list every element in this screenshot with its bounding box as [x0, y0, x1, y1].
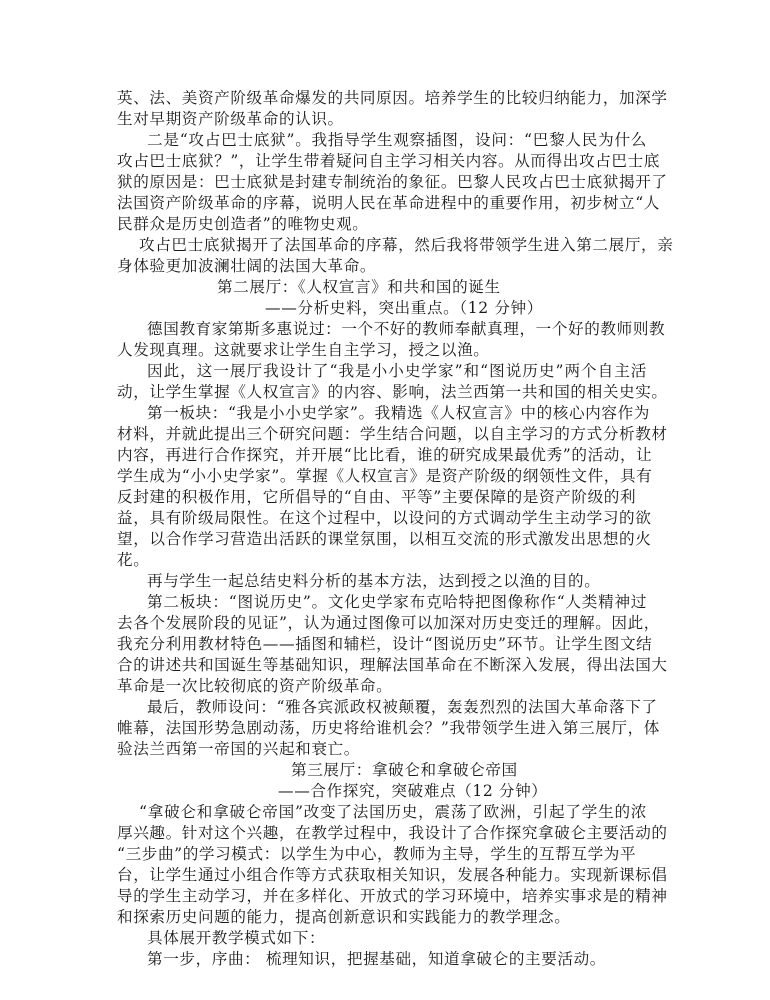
- text-line: 反封建的积极作用，它所倡导的“自由、平等”主要保障的是资产阶级的利: [117, 487, 647, 508]
- hall2-subheading: ——分析史料，突出重点。（12 分钟）: [265, 298, 543, 319]
- text-line: “三步曲”的学习模式：以学生为中心，教师为主导，学生的互帮互学为平: [117, 844, 647, 865]
- text-line: 英、法、美资产阶级革命爆发的共同原因。培养学生的比较归纳能力，加深学: [117, 88, 647, 109]
- hall3-heading: 第三展厅：拿破仑和拿破仑帝国: [291, 760, 518, 781]
- hall2-heading: 第二展厅：《人权宣言》和共和国的诞生: [217, 277, 501, 298]
- text-line: 狱的原因是：巴士底狱是封建专制统治的象征。巴黎人民攻占巴士底狱揭开了: [117, 172, 647, 193]
- text-line: 学生成为“小小史学家”。掌握《人权宣言》是资产阶级的纲领性文件，具有: [117, 466, 647, 487]
- text-line: 望，以合作学习营造出活跃的课堂氛围，以相互交流的形式激发出思想的火: [117, 529, 647, 550]
- text-line: 二是“攻占巴士底狱”。我指导学生观察插图，设问：“巴黎人民为什么: [147, 130, 647, 151]
- text-line: 厚兴趣。针对这个兴趣，在教学过程中，我设计了合作探究拿破仑主要活动的: [117, 823, 647, 844]
- text-line: 内容，再进行合作探究，并开展“比比看，谁的研究成果最优秀”的活动，让: [117, 445, 647, 466]
- text-line: 动，让学生掌握《人权宣言》的内容、影响，法兰西第一共和国的相关史实。: [117, 382, 647, 403]
- text-line: 革命是一次比较彻底的资产阶级革命。: [117, 676, 647, 697]
- text-line: 人发现真理。这就要求让学生自主学习，授之以渔。: [117, 340, 647, 361]
- text-line: 再与学生一起总结史料分析的基本方法，达到授之以渔的目的。: [147, 571, 647, 592]
- text-line: 花。: [117, 550, 647, 571]
- text-line: 攻占巴士底狱揭开了法国革命的序幕，然后我将带领学生进入第二展厅，亲: [139, 235, 647, 256]
- document-page: 英、法、美资产阶级革命爆发的共同原因。培养学生的比较归纳能力，加深学生对早期资产…: [0, 0, 770, 1000]
- text-line: 第一板块：“我是小小史学家”。我精选《人权宣言》中的核心内容作为: [147, 403, 647, 424]
- text-line: “拿破仑和拿破仑帝国”改变了法国历史，震荡了欧洲，引起了学生的浓: [139, 802, 647, 823]
- text-line: 导的学生主动学习，并在多样化、开放式的学习环境中，培养实事求是的精神: [117, 886, 647, 907]
- hall3-subheading: ——合作探究，突破难点（12 分钟）: [278, 781, 548, 802]
- text-line: 材料，并就此提出三个研究问题：学生结合问题，以自主学习的方式分析教材: [117, 424, 647, 445]
- text-line: 台，让学生通过小组合作等方式获取相关知识，发展各种能力。实现新课标倡: [117, 865, 647, 886]
- text-line: 因此，这一展厅我设计了“我是小小史学家”和“图说历史”两个自主活: [147, 361, 647, 382]
- text-line: 法国资产阶级革命的序幕，说明人民在革命进程中的重要作用，初步树立“人: [117, 193, 647, 214]
- text-line: 帷幕，法国形势急剧动荡，历史将给谁机会？”我带领学生进入第三展厅，体: [117, 718, 647, 739]
- text-line: 验法兰西第一帝国的兴起和衰亡。: [117, 739, 647, 760]
- text-line: 第一步，序曲： 梳理知识，把握基础，知道拿破仑的主要活动。: [147, 949, 647, 970]
- text-line: 民群众是历史创造者”的唯物史观。: [117, 214, 647, 235]
- text-line: 去各个发展阶段的见证”，认为通过图像可以加深对历史变迁的理解。因此，: [117, 613, 647, 634]
- text-line: 合的讲述共和国诞生等基础知识，理解法国革命在不断深入发展，得出法国大: [117, 655, 647, 676]
- text-line: 和探索历史问题的能力，提高创新意识和实践能力的教学理念。: [117, 907, 647, 928]
- text-line: 我充分利用教材特色——插图和辅栏，设计“图说历史”环节。让学生图文结: [117, 634, 647, 655]
- text-line: 攻占巴士底狱？”，让学生带着疑问自主学习相关内容。从而得出攻占巴士底: [117, 151, 647, 172]
- text-line: 具体展开教学模式如下：: [147, 928, 647, 949]
- text-line: 第二板块：“图说历史”。文化史学家布克哈特把图像称作“人类精神过: [147, 592, 647, 613]
- text-line: 最后，教师设问：“雅各宾派政权被颠覆，轰轰烈烈的法国大革命落下了: [147, 697, 647, 718]
- text-line: 生对早期资产阶级革命的认识。: [117, 109, 647, 130]
- text-line: 身体验更加波澜壮阔的法国大革命。: [117, 256, 647, 277]
- text-line: 德国教育家第斯多惠说过：一个不好的教师奉献真理，一个好的教师则教: [147, 319, 647, 340]
- text-line: 益，具有阶级局限性。在这个过程中，以设问的方式调动学生主动学习的欲: [117, 508, 647, 529]
